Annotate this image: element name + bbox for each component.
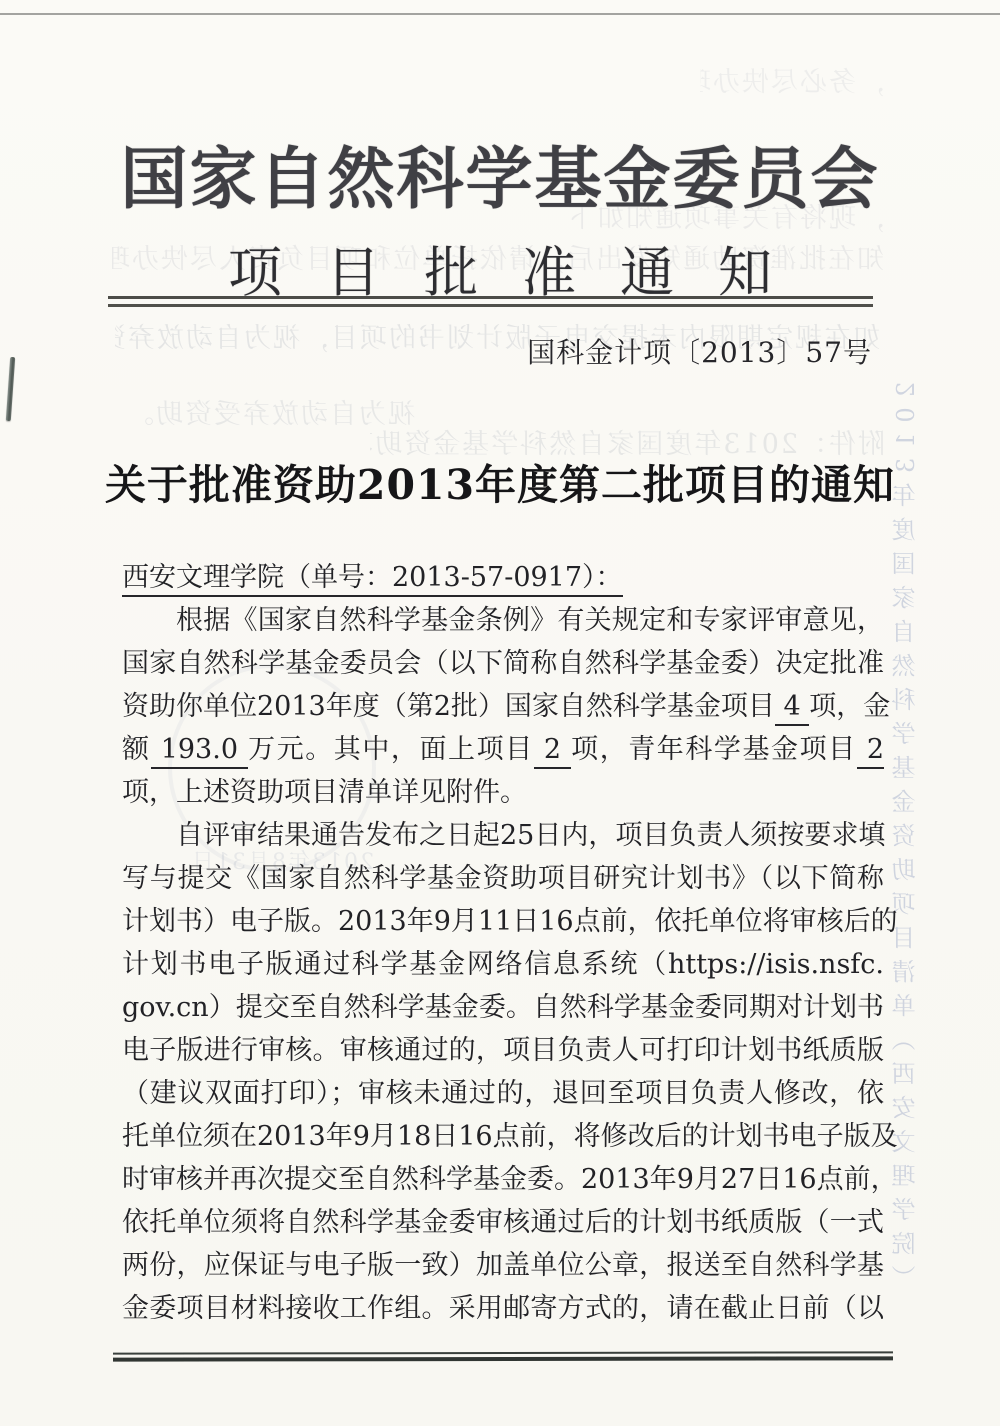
- staple: [6, 357, 15, 421]
- notice-title: 关于批准资助2013年度第二批项目的通知: [0, 452, 1000, 511]
- body-line: 计划书电子版通过科学基金网络信息系统（https://isis.nsfc.: [122, 943, 884, 986]
- underlined-value: 2: [534, 734, 571, 769]
- body-text-segment: 万元。其中，面上项目: [248, 734, 534, 765]
- body-line: 国家自然科学基金委员会（以下简称自然科学基金委）决定批准: [122, 642, 884, 685]
- body-line: 电子版进行审核。审核通过的，项目负责人可打印计划书纸质版: [122, 1029, 884, 1072]
- body-line: 项，上述资助项目清单详见附件。: [122, 771, 884, 814]
- bleed-through-line: ，务必尽快办理: [700, 60, 885, 99]
- underlined-value: 4: [775, 691, 809, 726]
- underlined-value: 2: [857, 734, 884, 769]
- body-line: 金委项目材料接收工作组。采用邮寄方式的，请在截止日前（以: [122, 1287, 884, 1330]
- body-text-segment: 金委项目材料接收工作组。采用邮寄方式的，请在截止日前（以: [122, 1293, 884, 1324]
- body-line: 根据《国家自然科学基金条例》有关规定和专家评审意见，: [122, 599, 884, 642]
- doc-number: 国科金计项〔2013〕57号: [527, 331, 872, 371]
- scanned-document-page: ，务必尽快办理 ，现将有关事项通知如下 知在批准资助通知发出后，请依托单位和项目…: [0, 0, 1000, 1426]
- body-line: （建议双面打印）；审核未通过的，退回至项目负责人修改，依: [122, 1072, 884, 1115]
- body-text-segment: 额: [122, 734, 151, 765]
- body-line: 托单位须在2013年9月18日16点前，将修改后的计划书电子版及: [122, 1115, 884, 1158]
- body-text-segment: 项，青年科学基金项目: [571, 734, 857, 765]
- body-line: 写与提交《国家自然科学基金资助项目研究计划书》（以下简称: [122, 857, 884, 900]
- body-text-segment: 电子版进行审核。审核通过的，项目负责人可打印计划书纸质版: [122, 1035, 884, 1066]
- body-text-segment: 自评审结果通告发布之日起25日内，项目负责人须按要求填: [176, 820, 885, 851]
- body-text-segment: 资助你单位2013年度（第2批）国家自然科学基金项目: [122, 691, 775, 722]
- body-line: 自评审结果通告发布之日起25日内，项目负责人须按要求填: [122, 814, 884, 857]
- body-line: 依托单位须将自然科学基金委审核通过后的计划书纸质版（一式: [122, 1201, 884, 1244]
- body-text-segment: 根据《国家自然科学基金条例》有关规定和专家评审意见，: [176, 605, 884, 636]
- body-text-segment: 项，上述资助项目清单详见附件。: [122, 777, 527, 808]
- body-text-segment: （建议双面打印）；审核未通过的，退回至项目负责人修改，依: [122, 1078, 884, 1109]
- body-text-segment: 计划书电子版通过科学基金网络信息系统（https://isis.nsfc.: [122, 949, 884, 980]
- underlined-value: 西安文理学院（单号：2013-57-0917）：: [122, 562, 623, 597]
- body-line: 额 193.0 万元。其中，面上项目 2 项，青年科学基金项目 2: [122, 728, 884, 771]
- bleed-through-vertical-text: 2013年度国家自然科学基金资助项目清单（西安文理学院）: [888, 382, 922, 1426]
- bottom-divider: [113, 1351, 893, 1361]
- letterhead-divider: [108, 296, 873, 307]
- body-line: 两份，应保证与电子版一致）加盖单位公章，报送至自然科学基: [122, 1244, 884, 1287]
- body-line: gov.cn）提交至自然科学基金委。自然科学基金委同期对计划书: [122, 986, 884, 1029]
- body-line: 西安文理学院（单号：2013-57-0917）：: [122, 556, 884, 599]
- body-text-segment: gov.cn）提交至自然科学基金委。自然科学基金委同期对计划书: [122, 992, 884, 1023]
- scan-edge-line: [0, 13, 1000, 15]
- body-line: 资助你单位2013年度（第2批）国家自然科学基金项目 4 项，金: [122, 685, 884, 728]
- body-text-segment: 两份，应保证与电子版一致）加盖单位公章，报送至自然科学基: [122, 1250, 884, 1281]
- body-text-segment: 托单位须在2013年9月18日16点前，将修改后的计划书电子版及: [122, 1121, 898, 1152]
- body-text-segment: 国家自然科学基金委员会（以下简称自然科学基金委）决定批准: [122, 648, 884, 679]
- notice-body: 西安文理学院（单号：2013-57-0917）：根据《国家自然科学基金条例》有关…: [122, 556, 884, 1330]
- body-line: 计划书）电子版。2013年9月11日16点前，依托单位将审核后的: [122, 900, 884, 943]
- body-text-segment: 项，金: [809, 691, 890, 722]
- body-text-segment: 依托单位须将自然科学基金委审核通过后的计划书纸质版（一式: [122, 1207, 884, 1238]
- body-text-segment: 时审核并再次提交至自然科学基金委。2013年9月27日16点前，: [122, 1164, 898, 1195]
- underlined-value: 193.0: [151, 734, 249, 769]
- bleed-through-line: 视为自动放弃受资助。: [115, 392, 415, 431]
- org-name-title: 国家自然科学基金委员会: [0, 126, 1000, 222]
- body-line: 时审核并再次提交至自然科学基金委。2013年9月27日16点前，: [122, 1158, 884, 1201]
- body-text-segment: 写与提交《国家自然科学基金资助项目研究计划书》（以下简称: [122, 863, 884, 894]
- body-text-segment: 计划书）电子版。2013年9月11日16点前，依托单位将审核后的: [122, 906, 898, 937]
